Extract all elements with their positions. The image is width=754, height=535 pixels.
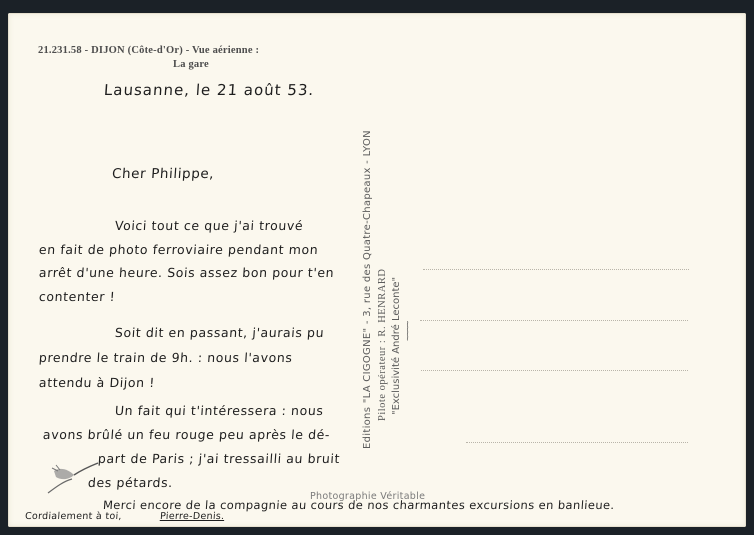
postcard-caption-subtitle: La gare: [173, 59, 209, 70]
publisher-pilot: Pilote opérateur : R. HENRARD: [375, 65, 390, 451]
publisher-exclusivity: "Exclusivité André Leconte": [390, 65, 404, 451]
bird-doodle-icon: [46, 459, 100, 499]
letter-signature: Pierre-Denis.: [160, 511, 225, 522]
ornament-squiggle-icon: ~~~~: [404, 65, 414, 451]
letter-line: Voici tout ce que j'ai trouvé: [114, 218, 303, 233]
letter-line: arrêt d'une heure. Sois assez bon pour t…: [38, 265, 334, 280]
letter-line: contenter !: [38, 289, 115, 304]
postcard: 21.231.58 - DIJON (Côte-d'Or) - Vue aéri…: [8, 13, 746, 527]
address-line-4: [466, 442, 688, 443]
letter-place-date: Lausanne, le 21 août 53.: [103, 81, 315, 99]
address-line-3: [421, 370, 688, 371]
letter-line: part de Paris ; j'ai tressailli au bruit: [97, 451, 340, 466]
letter-line: prendre le train de 9h. : nous l'avons: [38, 350, 293, 365]
address-line-1: [423, 269, 689, 270]
letter-line: des pétards.: [87, 475, 173, 490]
letter-line: en fait de photo ferroviaire pendant mon: [38, 242, 318, 257]
letter-line: avons brûlé un feu rouge peu après le dé…: [42, 427, 330, 442]
address-line-2: [420, 320, 688, 321]
photo-label: Photographie Véritable: [310, 491, 425, 502]
letter-line: Soit dit en passant, j'aurais pu: [114, 325, 324, 340]
publisher-address: Editions "LA CIGOGNE" - 3, rue des Quatr…: [360, 65, 375, 451]
publisher-imprint: Editions "LA CIGOGNE" - 3, rue des Quatr…: [360, 65, 420, 451]
letter-line: Un fait qui t'intéressera : nous: [114, 403, 324, 418]
postcard-caption-title: 21.231.58 - DIJON (Côte-d'Or) - Vue aéri…: [38, 45, 259, 56]
letter-closing: Cordialement à toi,: [25, 511, 123, 522]
letter-salutation: Cher Philippe,: [111, 166, 214, 182]
letter-line: attendu à Dijon !: [38, 375, 155, 390]
